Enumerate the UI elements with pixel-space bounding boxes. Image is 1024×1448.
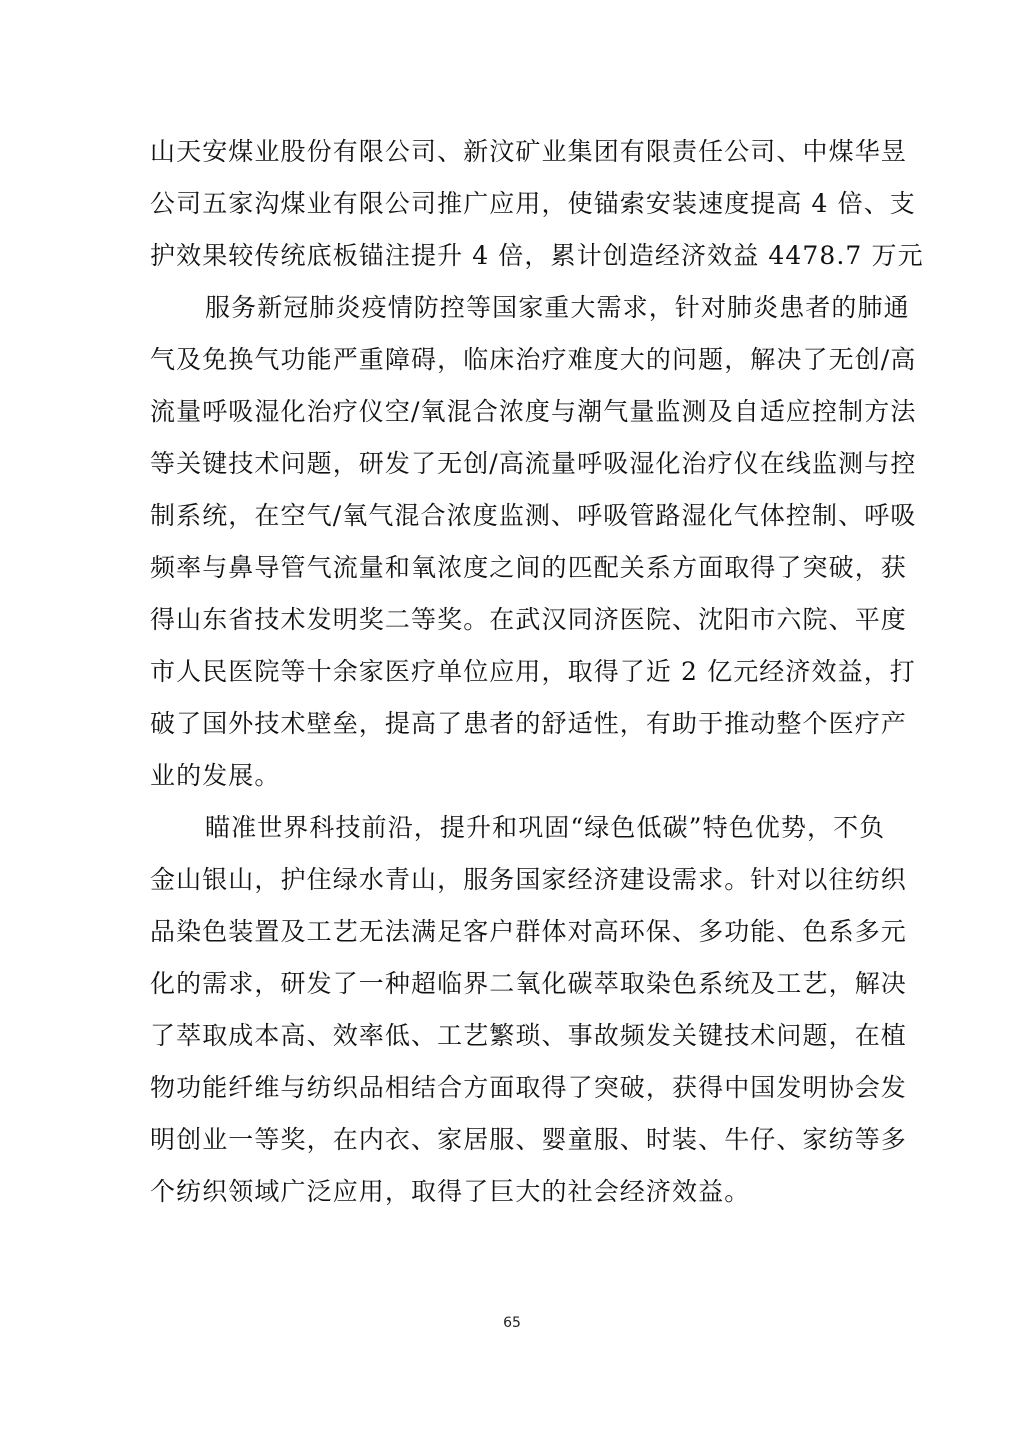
text-line: 山天安煤业股份有限公司、新汶矿业集团有限责任公司、中煤华昱 [150, 126, 860, 178]
document-page: 山天安煤业股份有限公司、新汶矿业集团有限责任公司、中煤华昱 公司五家沟煤业有限公… [0, 0, 1024, 1448]
text-line: 公司五家沟煤业有限公司推广应用，使锚索安装速度提高 4 倍、支 [150, 178, 860, 230]
text-line: 得山东省技术发明奖二等奖。在武汉同济医院、沈阳市六院、平度 [150, 594, 860, 646]
paragraph-first-line: 服务新冠肺炎疫情防控等国家重大需求，针对肺炎患者的肺通 [150, 282, 860, 334]
text-line: 化的需求，研发了一种超临界二氧化碳萃取染色系统及工艺，解决 [150, 958, 860, 1010]
text-line: 明创业一等奖，在内衣、家居服、婴童服、时装、牛仔、家纺等多 [150, 1114, 860, 1166]
text-line: 破了国外技术壁垒，提高了患者的舒适性，有助于推动整个医疗产 [150, 698, 860, 750]
text-line: 护效果较传统底板锚注提升 4 倍，累计创造经济效益 4478.7 万元 [150, 230, 860, 282]
text-line: 物功能纤维与纺织品相结合方面取得了突破，获得中国发明协会发 [150, 1062, 860, 1114]
text-line: 气及免换气功能严重障碍，临床治疗难度大的问题，解决了无创/高 [150, 334, 860, 386]
paragraph-first-line: 瞄准世界科技前沿，提升和巩固“绿色低碳”特色优势，不负 [150, 802, 860, 854]
text-line: 业的发展。 [150, 750, 860, 802]
text-line: 品染色装置及工艺无法满足客户群体对高环保、多功能、色系多元 [150, 906, 860, 958]
body-text: 山天安煤业股份有限公司、新汶矿业集团有限责任公司、中煤华昱 公司五家沟煤业有限公… [150, 126, 860, 1218]
text-line: 了萃取成本高、效率低、工艺繁琐、事故频发关键技术问题，在植 [150, 1010, 860, 1062]
text-line: 频率与鼻导管气流量和氧浓度之间的匹配关系方面取得了突破，获 [150, 542, 860, 594]
text-line: 等关键技术问题，研发了无创/高流量呼吸湿化治疗仪在线监测与控 [150, 438, 860, 490]
text-line: 个纺织领域广泛应用，取得了巨大的社会经济效益。 [150, 1166, 860, 1218]
text-line: 市人民医院等十余家医疗单位应用，取得了近 2 亿元经济效益，打 [150, 646, 860, 698]
text-line: 制系统，在空气/氧气混合浓度监测、呼吸管路湿化气体控制、呼吸 [150, 490, 860, 542]
page-number: 65 [0, 1315, 1024, 1331]
text-line: 金山银山，护住绿水青山，服务国家经济建设需求。针对以往纺织 [150, 854, 860, 906]
text-line: 流量呼吸湿化治疗仪空/氧混合浓度与潮气量监测及自适应控制方法 [150, 386, 860, 438]
